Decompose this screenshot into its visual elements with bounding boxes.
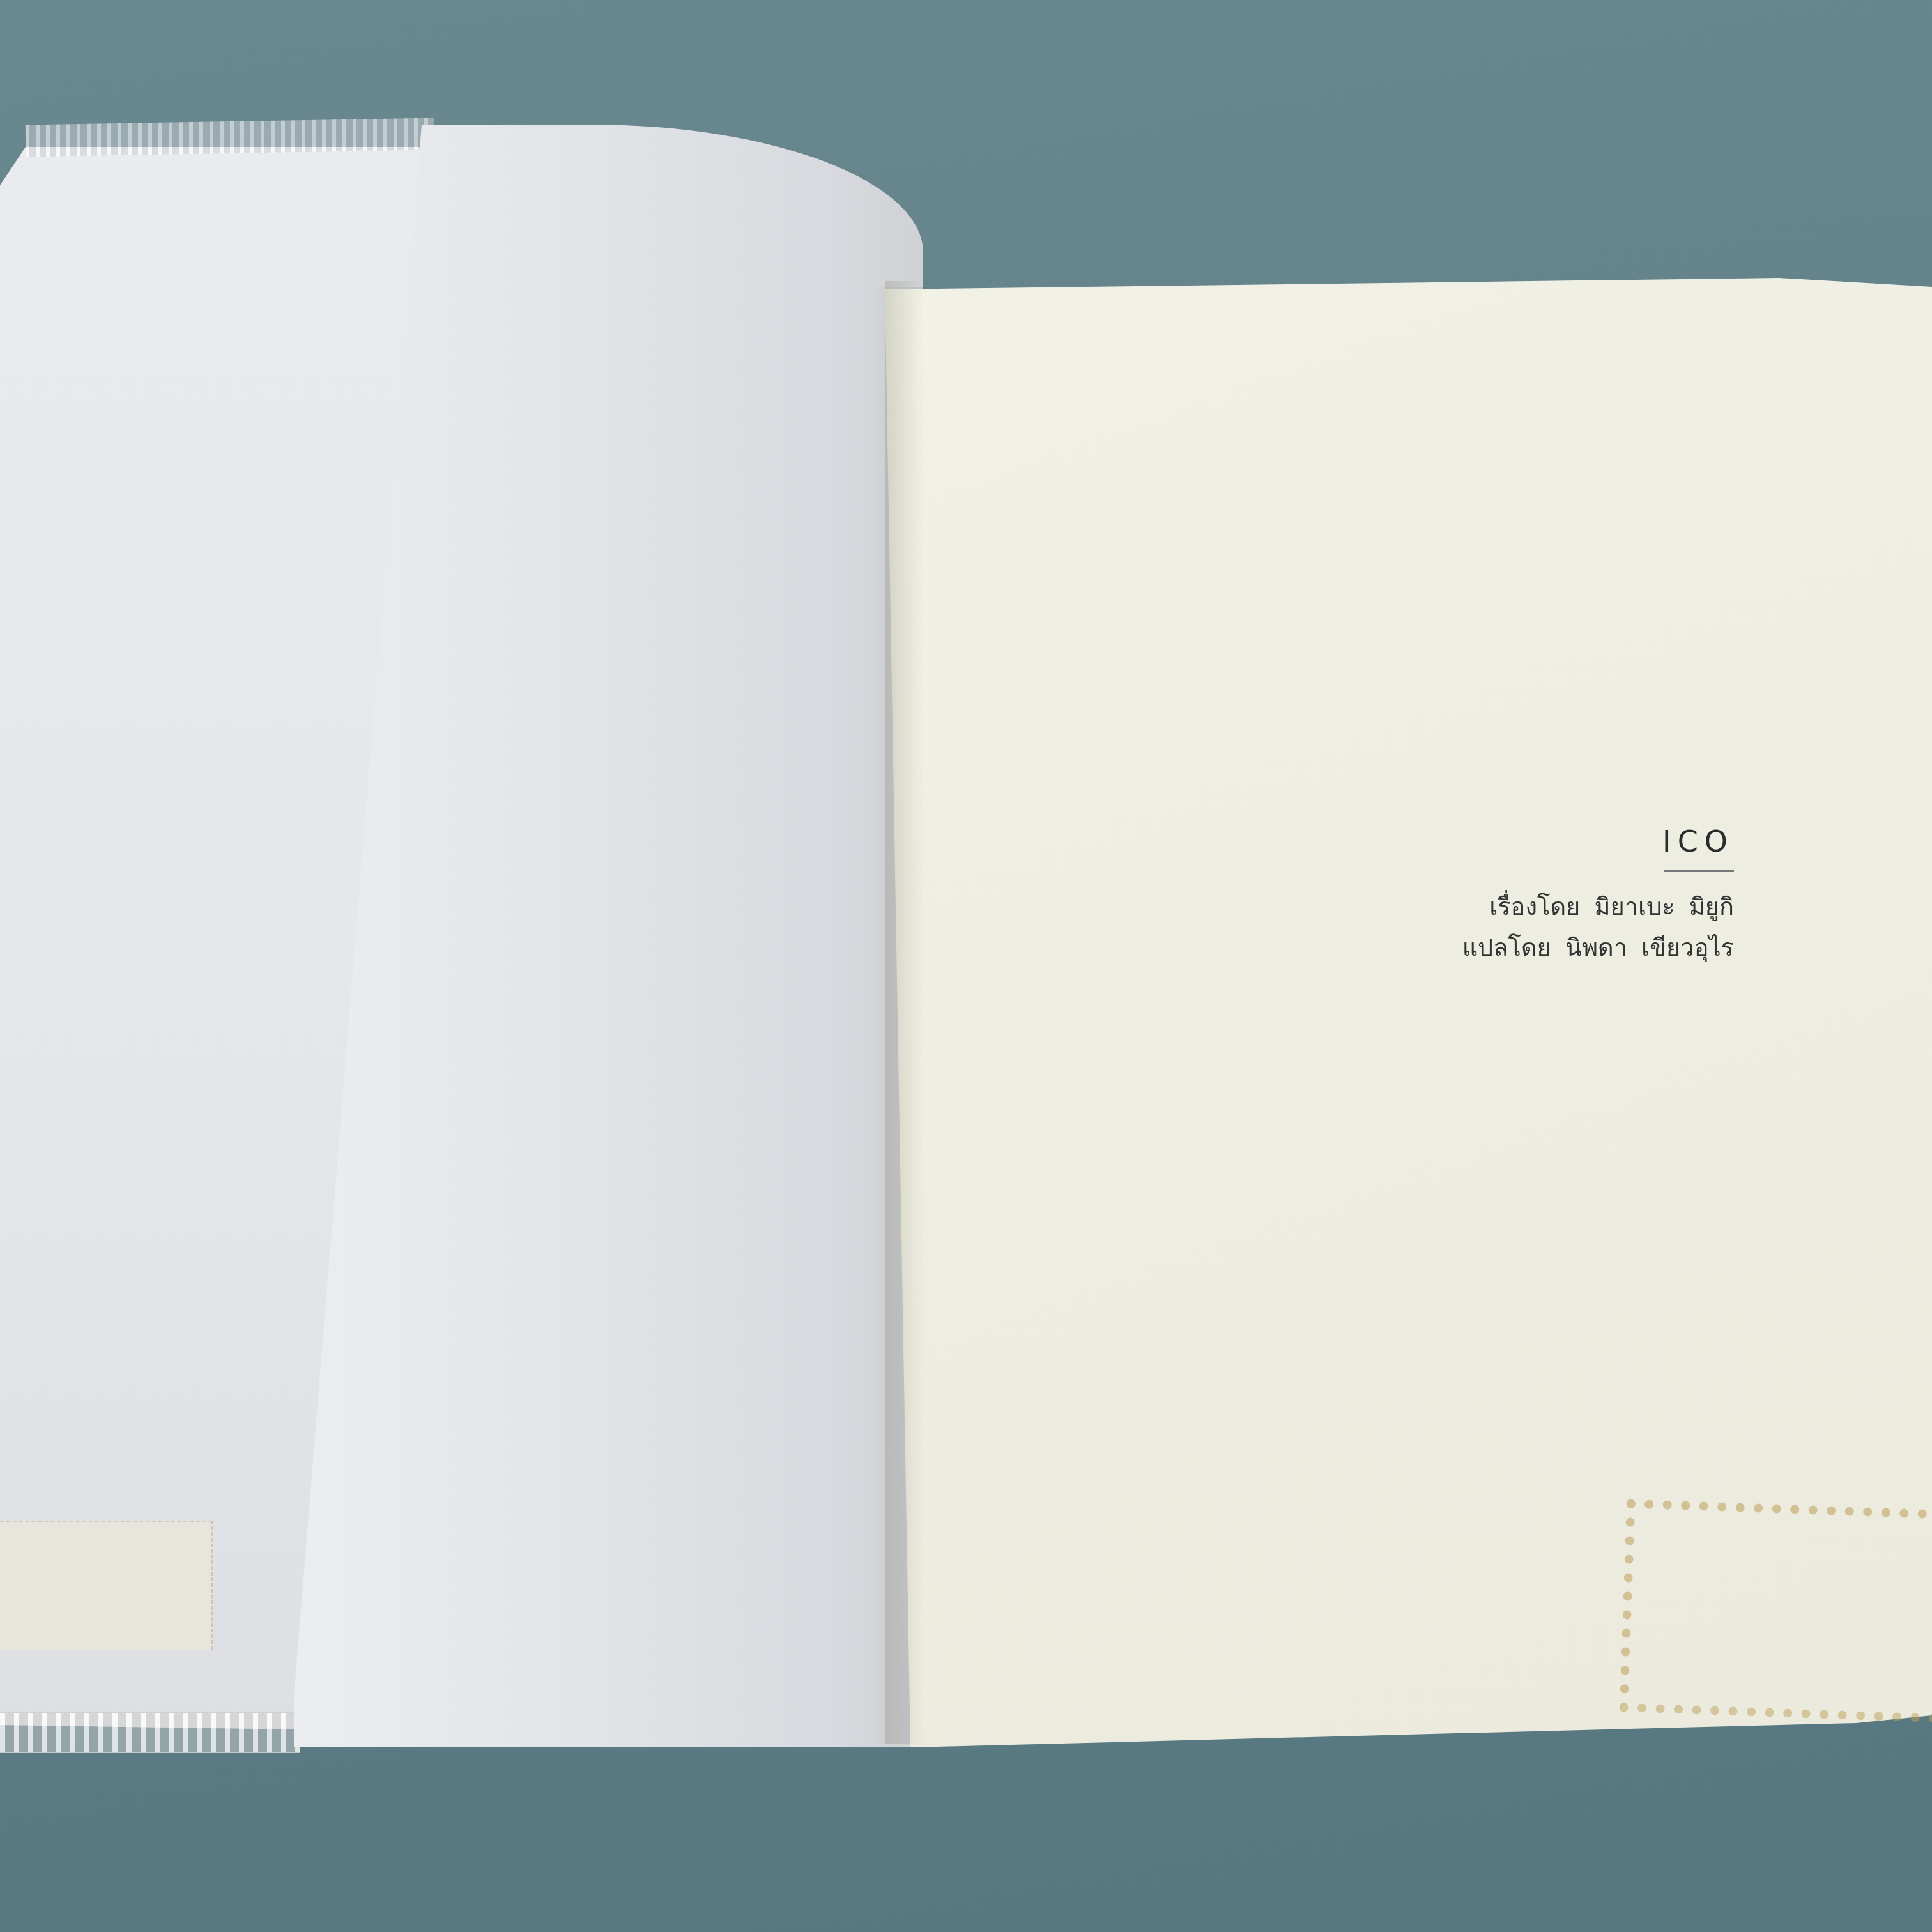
book-title: ICO: [1462, 824, 1734, 859]
title-block: ICO เรื่องโดย มิยาเบะ มิยูกิ แปลโดย นิพด…: [1462, 824, 1734, 968]
translator-credit: แปลโดย นิพดา เขียวอุไร: [1462, 927, 1734, 968]
plastic-wrap-bottom: [0, 1712, 300, 1753]
tape-patch: [0, 1521, 213, 1650]
book-photo: ICO เรื่องโดย มิยาเบะ มิยูกิ แปลโดย นิพด…: [0, 0, 1932, 1932]
title-underline: [1664, 870, 1734, 872]
author-credit: เรื่องโดย มิยาเบะ มิยูกิ: [1462, 886, 1734, 927]
tape-stain: [1619, 1499, 1932, 1722]
book-gutter: [885, 281, 923, 1744]
